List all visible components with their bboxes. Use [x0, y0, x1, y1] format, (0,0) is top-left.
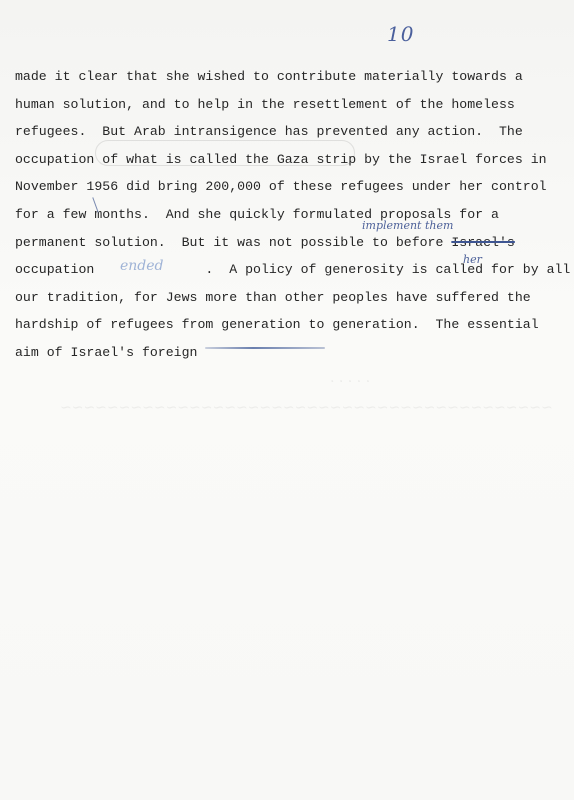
text-line: aim of Israel's foreign: [15, 339, 574, 367]
handwritten-insertion-inline: ended: [120, 258, 164, 274]
text-line: refugees. But Arab intransigence has pre…: [15, 118, 574, 146]
bleed-through-text: . . . . .: [330, 370, 370, 386]
text-line-content: permanent solution. But it was not possi…: [15, 235, 451, 250]
handwritten-insertion-above: implement them: [362, 219, 453, 232]
text-line: for a few months. And she quickly formul…: [15, 201, 574, 229]
text-line: occupation . A policy of generosity is c…: [15, 256, 574, 284]
text-line: November 1956 did bring 200,000 of these…: [15, 173, 574, 201]
handwritten-insertion-below: her: [463, 253, 482, 266]
page-number: 10: [387, 22, 414, 46]
text-line: human solution, and to help in the reset…: [15, 91, 574, 119]
text-line: permanent solution. But it was not possi…: [15, 229, 574, 257]
struck-word: Israel's: [451, 235, 514, 250]
typewritten-body: made it clear that she wished to contrib…: [15, 63, 574, 367]
bleed-through-text: ~~~~~~~~~~~~~~~~~~~~~~~~~~~~~~~~~~~~~~~~…: [60, 400, 553, 416]
text-line: our tradition, for Jews more than other …: [15, 284, 574, 312]
document-page: . . . . . ~~~~~~~~~~~~~~~~~~~~~~~~~~~~~~…: [0, 0, 574, 800]
text-line: hardship of refugees from generation to …: [15, 311, 574, 339]
text-line: occupation of what is called the Gaza st…: [15, 146, 574, 174]
handwritten-pen-line: [205, 347, 325, 349]
text-line: made it clear that she wished to contrib…: [15, 63, 574, 91]
